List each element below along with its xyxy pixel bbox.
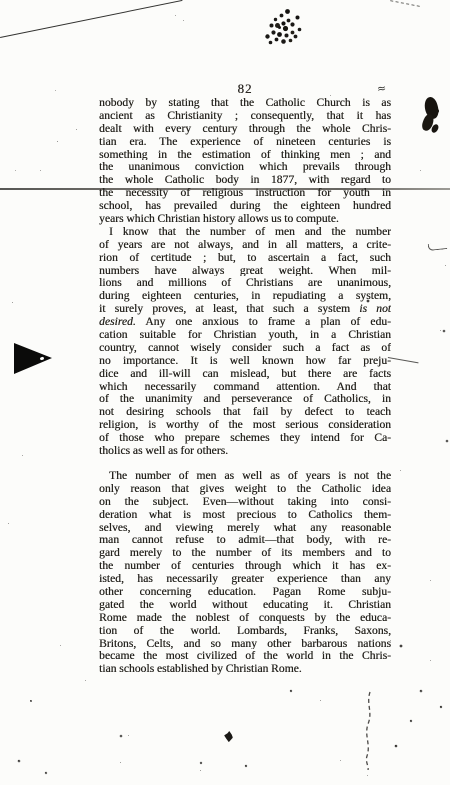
plain-text: it surely proves, at least, that such a … xyxy=(99,302,359,315)
text-line: school, has prevailed during the eightee… xyxy=(99,199,391,212)
text-line: it surely proves, at least, that such a … xyxy=(99,302,391,315)
plain-text: Any one anxious to frame a plan of edu- xyxy=(136,315,391,328)
text-block: nobody by stating that the Catholic Chur… xyxy=(99,96,391,675)
text-line: rion of certitude ; but, to ascertain a … xyxy=(99,251,391,264)
text-line: which necessarily command attention. And… xyxy=(99,380,391,393)
text-line: The number of men as well as of years is… xyxy=(99,469,391,482)
text-line: lions and millions of Christians are una… xyxy=(99,276,391,289)
text-line: of the unanimity and perseverance of Cat… xyxy=(99,392,391,405)
text-line: man cannot refuse to admit—that body, wi… xyxy=(99,533,391,546)
text-line: numbers have always great weight. When m… xyxy=(99,264,391,277)
italic-text: desired. xyxy=(99,315,136,328)
text-line: other concerning education. Pagan Rome s… xyxy=(99,585,391,598)
margin-pointer-triangle-icon xyxy=(14,343,52,374)
scan-speckles-large xyxy=(30,700,32,702)
text-line: on the subject. Even—without taking into… xyxy=(99,495,391,508)
text-line: deration what is most precious to Cathol… xyxy=(99,508,391,521)
text-line: tholics as well as for others. xyxy=(99,444,391,457)
text-line: tion of the world. Lombards, Franks, Sax… xyxy=(99,624,391,637)
text-line: I know that the number of men and the nu… xyxy=(99,225,391,238)
paragraph: I know that the number of men and the nu… xyxy=(99,225,391,457)
text-line: cation suitable for Christian youth, in … xyxy=(99,328,391,341)
text-line: Britons, Celts, and so many other barbar… xyxy=(99,637,391,650)
text-line: during eighteen centuries, in repudiatin… xyxy=(99,289,391,302)
scanned-book-page: ≈ 82 nobody by stating that the Catholic… xyxy=(0,0,450,785)
bottom-ink-mark-artifact xyxy=(223,730,233,742)
diagonal-scratch-artifact xyxy=(0,0,182,38)
text-line: not desiring schools that fail by defect… xyxy=(99,405,391,418)
text-line: became the most civilized of the world i… xyxy=(99,649,391,662)
text-line: gated the world without educating it. Ch… xyxy=(99,598,391,611)
italic-text: is not xyxy=(359,302,391,315)
text-line: only reason that gives weight to the Cat… xyxy=(99,482,391,495)
paragraph: nobody by stating that the Catholic Chur… xyxy=(99,96,391,225)
dash-scratch-artifact xyxy=(390,0,420,7)
ink-spatter-artifact xyxy=(278,26,281,29)
text-line: tian era. The experience of nineteen cen… xyxy=(99,135,391,148)
ink-blob-artifact xyxy=(421,97,443,141)
text-line: the whole Catholic body in 1877, with re… xyxy=(99,173,391,186)
text-line: tian schools established by Christian Ro… xyxy=(99,662,391,675)
text-line: of years are not always, and in all matt… xyxy=(99,238,391,251)
text-line: desired. Any one anxious to frame a plan… xyxy=(99,315,391,328)
text-line: no importance. It is well known how far … xyxy=(99,354,391,367)
text-line: Rome made the noblest of conquests by th… xyxy=(99,611,391,624)
bottom-right-squiggle-artifact xyxy=(360,690,378,770)
text-line: dice and ill-will can mislead, but there… xyxy=(99,367,391,380)
text-line: isted, has necessarily greater experienc… xyxy=(99,572,391,585)
ink-blob-part xyxy=(435,109,439,113)
text-line: country, cannot wisely consider such a f… xyxy=(99,341,391,354)
text-line: the necessity of religious instruction f… xyxy=(99,186,391,199)
text-line: of those who prepare schemes they intend… xyxy=(99,431,391,444)
scan-speckles-small xyxy=(57,141,58,142)
text-line: religion, is worthy of the most serious … xyxy=(99,418,391,431)
scratch-mid-right-artifact xyxy=(388,357,419,363)
text-line: gard merely to the number of its members… xyxy=(99,546,391,559)
hook-mark-artifact xyxy=(428,242,448,251)
text-line: the unanimous conviction which prevails … xyxy=(99,160,391,173)
text-line: years which Christian history allows us … xyxy=(99,212,391,225)
text-line: selves, and viewing merely what any reas… xyxy=(99,521,391,534)
text-line: nobody by stating that the Catholic Chur… xyxy=(99,96,391,109)
text-line: ancient as Christianity ; consequently, … xyxy=(99,109,391,122)
page-number: 82 xyxy=(99,81,391,97)
text-line: something in the estimation of thinking … xyxy=(99,148,391,161)
text-line: dealt with every century through the who… xyxy=(99,122,391,135)
paragraph: The number of men as well as of years is… xyxy=(99,469,391,675)
text-line: the number of centuries through which it… xyxy=(99,559,391,572)
